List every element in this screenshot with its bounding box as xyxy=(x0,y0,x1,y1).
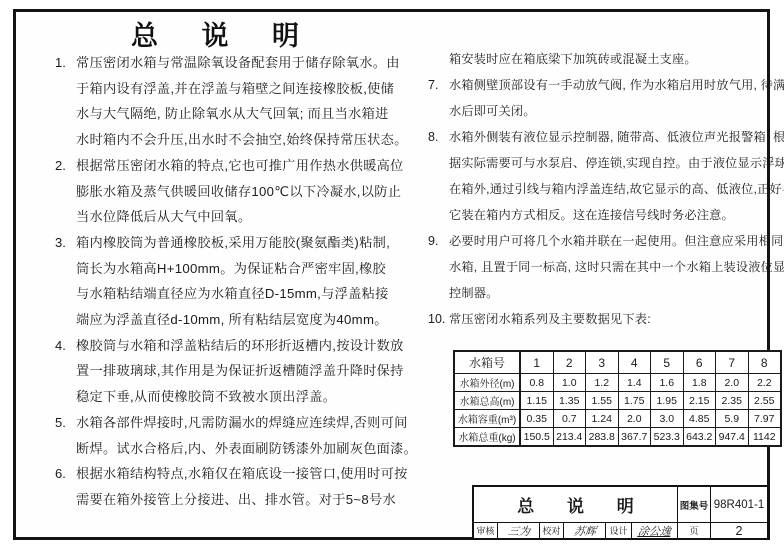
signature-text: 涂公逸 xyxy=(637,523,672,538)
table-cell: 1.75 xyxy=(618,392,651,410)
item-line: 膨胀水箱及蒸气供暖回收储存100℃以下冷凝水,以防止 xyxy=(76,179,393,205)
table-cell: 2.0 xyxy=(716,374,749,392)
item-number: 10. xyxy=(428,306,445,332)
table-cell: 643.2 xyxy=(683,428,716,447)
table-cell: 5.9 xyxy=(716,410,749,428)
item-line: 根据常压密闭水箱的特点,它也可推广用作热水供暖高位 xyxy=(76,153,393,179)
title-block-title: 总 说 明 xyxy=(474,487,678,523)
list-item: 9. 必要时用户可将几个水箱并联在一起使用。但注意应采用相同规格 水箱, 且置于… xyxy=(428,228,772,306)
item-line: 箱安装时应在箱底梁下加筑砖或混凝土支座。 xyxy=(449,46,772,72)
table-cell: 3 xyxy=(586,351,619,374)
item-line: 水箱侧壁顶部设有一手动放气阀, 作为水箱启用时放气用, 待满 xyxy=(449,72,772,98)
item-line: 水后即可关闭。 xyxy=(449,98,772,124)
right-column: 箱安装时应在箱底梁下加筑砖或混凝土支座。 7. 水箱侧壁顶部设有一手动放气阀, … xyxy=(428,46,772,332)
table-row: 水箱总高(m) 1.15 1.35 1.55 1.75 1.95 2.15 2.… xyxy=(454,392,781,410)
table-cell: 8 xyxy=(748,351,781,374)
table-cell: 4 xyxy=(618,351,651,374)
table-cell: 3.0 xyxy=(651,410,684,428)
table-cell: 1.55 xyxy=(586,392,619,410)
list-item: 7. 水箱侧壁顶部设有一手动放气阀, 作为水箱启用时放气用, 待满 水后即可关闭… xyxy=(428,72,772,124)
item-line: 水时箱内不会升压,出水时不会抽空,始终保持常压状态。 xyxy=(76,127,393,153)
list-item: 1. 常压密闭水箱与常温除氧设备配套用于储存除氧水。由 于箱内设有浮盖,并在浮盖… xyxy=(55,50,393,153)
table-cell: 523.3 xyxy=(651,428,684,447)
table-row-label: 水箱外径(m) xyxy=(454,374,520,392)
item-line: 断焊。试水合格后,内、外表面刷防锈漆外加刷灰色面漆。 xyxy=(76,436,393,462)
item-line: 必要时用户可将几个水箱并联在一起使用。但注意应采用相同规格 xyxy=(449,228,772,254)
table-cell: 283.8 xyxy=(586,428,619,447)
item-line: 置一排玻璃球,其作用是为保证折返槽随浮盖升降时保持 xyxy=(76,358,393,384)
table-row: 水箱容重(m³) 0.35 0.7 1.24 2.0 3.0 4.85 5.9 … xyxy=(454,410,781,428)
table-row-label: 水箱容重(m³) xyxy=(454,410,520,428)
item-number: 7. xyxy=(428,72,438,98)
list-item: 4. 橡胶筒与水箱和浮盖粘结后的环形折返槽内,按设计数放 置一排玻璃球,其作用是… xyxy=(55,333,393,410)
item-line: 端应为浮盖直径d-10mm, 所有粘结层宽度为40mm。 xyxy=(76,307,393,333)
table-cell: 1.8 xyxy=(683,374,716,392)
table-cell: 1.6 xyxy=(651,374,684,392)
table-header-label: 水箱号 xyxy=(454,351,520,374)
checker-label: 校对 xyxy=(540,523,564,538)
page-title: 总 说 明 xyxy=(40,14,390,53)
table-cell: 1.35 xyxy=(553,392,586,410)
table-cell: 1.24 xyxy=(586,410,619,428)
table-cell: 0.7 xyxy=(553,410,586,428)
signature-text: 三为 xyxy=(506,523,530,538)
table-cell: 150.5 xyxy=(520,428,553,447)
list-item: 8. 水箱外侧装有液位显示控制器, 随带高、低液位声光报警箱, 根 据实际需要可… xyxy=(428,124,772,228)
item-line: 常压密闭水箱系列及主要数据见下表: xyxy=(449,306,772,332)
item-line: 与水箱粘结端直径应为水箱直径D-15mm,与浮盖粘接 xyxy=(76,281,393,307)
table-cell: 1142 xyxy=(748,428,781,447)
list-item: 6. 根据水箱结构特点,水箱仅在箱底设一接管口,使用时可按 需要在箱外接管上分接… xyxy=(55,461,393,512)
page-number: 2 xyxy=(711,523,767,538)
item-line: 在箱外,通过引线与箱内浮盖连结,故它显示的高、低液位,正好与 xyxy=(449,176,772,202)
item-line: 橡胶筒与水箱和浮盖粘结后的环形折返槽内,按设计数放 xyxy=(76,333,393,359)
table-cell: 1.0 xyxy=(553,374,586,392)
item-number: 3. xyxy=(55,230,66,256)
item-number: 2. xyxy=(55,153,66,179)
left-column: 1. 常压密闭水箱与常温除氧设备配套用于储存除氧水。由 于箱内设有浮盖,并在浮盖… xyxy=(55,50,393,513)
item-line: 于箱内设有浮盖,并在浮盖与箱壁之间连接橡胶板,使储 xyxy=(76,76,393,102)
table-cell: 1 xyxy=(520,351,553,374)
item-number: 5. xyxy=(55,410,66,436)
item-line: 筒长为水箱高H+100mm。为保证粘合严密牢固,橡胶 xyxy=(76,256,393,282)
atlas-number-value: 98R401-1 xyxy=(711,487,767,523)
table-cell: 213.4 xyxy=(553,428,586,447)
table-row: 水箱总重(kg) 150.5 213.4 283.8 367.7 523.3 6… xyxy=(454,428,781,447)
designer-label: 设计 xyxy=(606,523,632,538)
table-cell: 2.35 xyxy=(716,392,749,410)
item-line: 水箱, 且置于同一标高, 这时只需在其中一个水箱上装设液位显示 xyxy=(449,254,772,280)
table-cell: 4.85 xyxy=(683,410,716,428)
item-line: 它装在箱内方式相反。这在连接信号线时务必注意。 xyxy=(449,202,772,228)
item-number: 9. xyxy=(428,228,438,254)
table-cell: 7 xyxy=(716,351,749,374)
item-line: 据实际需要可与水泵启、停连锁,实现自控。由于液位显示浮球设 xyxy=(449,150,772,176)
item-line: 当水位降低后从大气中回氧。 xyxy=(76,204,393,230)
designer-signature: 涂公逸 xyxy=(632,523,678,538)
item-number: 1. xyxy=(55,50,66,76)
tank-data-table: 水箱号 1 2 3 4 5 6 7 8 水箱外径(m) 0.8 1.0 1.2 … xyxy=(453,350,782,447)
table-cell: 2.2 xyxy=(748,374,781,392)
reviewer-signature: 三为 xyxy=(498,523,540,538)
item-line: 根据水箱结构特点,水箱仅在箱底设一接管口,使用时可按 xyxy=(76,461,393,487)
list-item: 10. 常压密闭水箱系列及主要数据见下表: xyxy=(428,306,772,332)
table-cell: 0.35 xyxy=(520,410,553,428)
table-cell: 6 xyxy=(683,351,716,374)
table-cell: 0.8 xyxy=(520,374,553,392)
item-line: 控制器。 xyxy=(449,280,772,306)
checker-signature: 苏辉 xyxy=(564,523,606,538)
table-cell: 7.97 xyxy=(748,410,781,428)
table-row-label: 水箱总高(m) xyxy=(454,392,520,410)
item-line: 箱内橡胶筒为普通橡胶板,采用万能胶(聚氨酯类)粘制, xyxy=(76,230,393,256)
table-header-row: 水箱号 1 2 3 4 5 6 7 8 xyxy=(454,351,781,374)
table-cell: 1.4 xyxy=(618,374,651,392)
signature-text: 苏辉 xyxy=(572,523,596,538)
item-number: 4. xyxy=(55,333,66,359)
table-cell: 1.15 xyxy=(520,392,553,410)
title-block: 总 说 明 图集号 98R401-1 审核 三为 校对 苏辉 设计 涂公逸 页 … xyxy=(472,485,769,540)
list-item: 5. 水箱各部件焊接时,凡需防漏水的焊缝应连续焊,否则可间 断焊。试水合格后,内… xyxy=(55,410,393,461)
table-row-label: 水箱总重(kg) xyxy=(454,428,520,447)
table-cell: 2.15 xyxy=(683,392,716,410)
item-line: 水箱外侧装有液位显示控制器, 随带高、低液位声光报警箱, 根 xyxy=(449,124,772,150)
reviewer-label: 审核 xyxy=(474,523,498,538)
table-cell: 2 xyxy=(553,351,586,374)
table-cell: 1.2 xyxy=(586,374,619,392)
item-number: 8. xyxy=(428,124,438,150)
item-line: 水箱各部件焊接时,凡需防漏水的焊缝应连续焊,否则可间 xyxy=(76,410,393,436)
table-cell: 367.7 xyxy=(618,428,651,447)
table-cell: 2.55 xyxy=(748,392,781,410)
item-line: 常压密闭水箱与常温除氧设备配套用于储存除氧水。由 xyxy=(76,50,393,76)
page-label: 页 xyxy=(678,523,711,538)
item-line: 需要在箱外接管上分接进、出、排水管。对于5~8号水 xyxy=(76,487,393,513)
atlas-number-label: 图集号 xyxy=(678,487,711,523)
table-row: 水箱外径(m) 0.8 1.0 1.2 1.4 1.6 1.8 2.0 2.2 xyxy=(454,374,781,392)
table-cell: 2.0 xyxy=(618,410,651,428)
list-item: 2. 根据常压密闭水箱的特点,它也可推广用作热水供暖高位 膨胀水箱及蒸气供暖回收… xyxy=(55,153,393,230)
table-cell: 5 xyxy=(651,351,684,374)
item-line: 水与大气隔绝, 防止除氧水从大气回氧; 而且当水箱进 xyxy=(76,101,393,127)
list-item-continuation: 箱安装时应在箱底梁下加筑砖或混凝土支座。 xyxy=(428,46,772,72)
item-number: 6. xyxy=(55,461,66,487)
table-cell: 1.95 xyxy=(651,392,684,410)
table-cell: 947.4 xyxy=(716,428,749,447)
list-item: 3. 箱内橡胶筒为普通橡胶板,采用万能胶(聚氨酯类)粘制, 筒长为水箱高H+10… xyxy=(55,230,393,333)
item-line: 稳定下垂,从而使橡胶筒不致被水顶出浮盖。 xyxy=(76,384,393,410)
